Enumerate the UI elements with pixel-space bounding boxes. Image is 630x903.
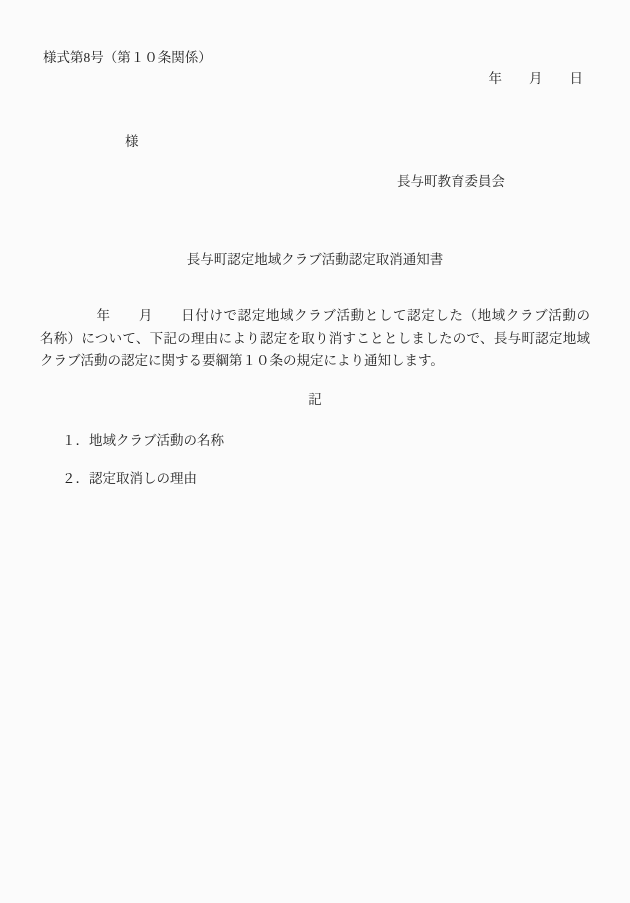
issuer-name: 長与町教育委員会	[397, 170, 505, 190]
record-marker: 記	[0, 388, 630, 408]
body-line-2: 名称）について、下記の理由により認定を取り消すこととしましたので、長与町認定地域	[40, 328, 590, 351]
body-paragraph: 年 月 日付けで認定地域クラブ活動として認定した（地域クラブ活動の 名称）につい…	[40, 305, 590, 373]
list-item-club-name: １．地域クラブ活動の名称	[62, 429, 224, 449]
document-title: 長与町認定地域クラブ活動認定取消通知書	[0, 248, 630, 268]
body-line-1: 年 月 日付けで認定地域クラブ活動として認定した（地域クラブ活動の	[40, 305, 590, 328]
addressee-honorific: 様	[125, 130, 139, 150]
date-field: 年 月 日	[489, 67, 584, 87]
document-page: 様式第8号（第１０条関係） 年 月 日 様 長与町教育委員会 長与町認定地域クラ…	[0, 0, 630, 903]
body-line-3: クラブ活動の認定に関する要綱第１０条の規定により通知します。	[40, 350, 590, 373]
list-item-revocation-reason: ２．認定取消しの理由	[62, 467, 197, 487]
form-number-label: 様式第8号（第１０条関係）	[43, 46, 212, 66]
